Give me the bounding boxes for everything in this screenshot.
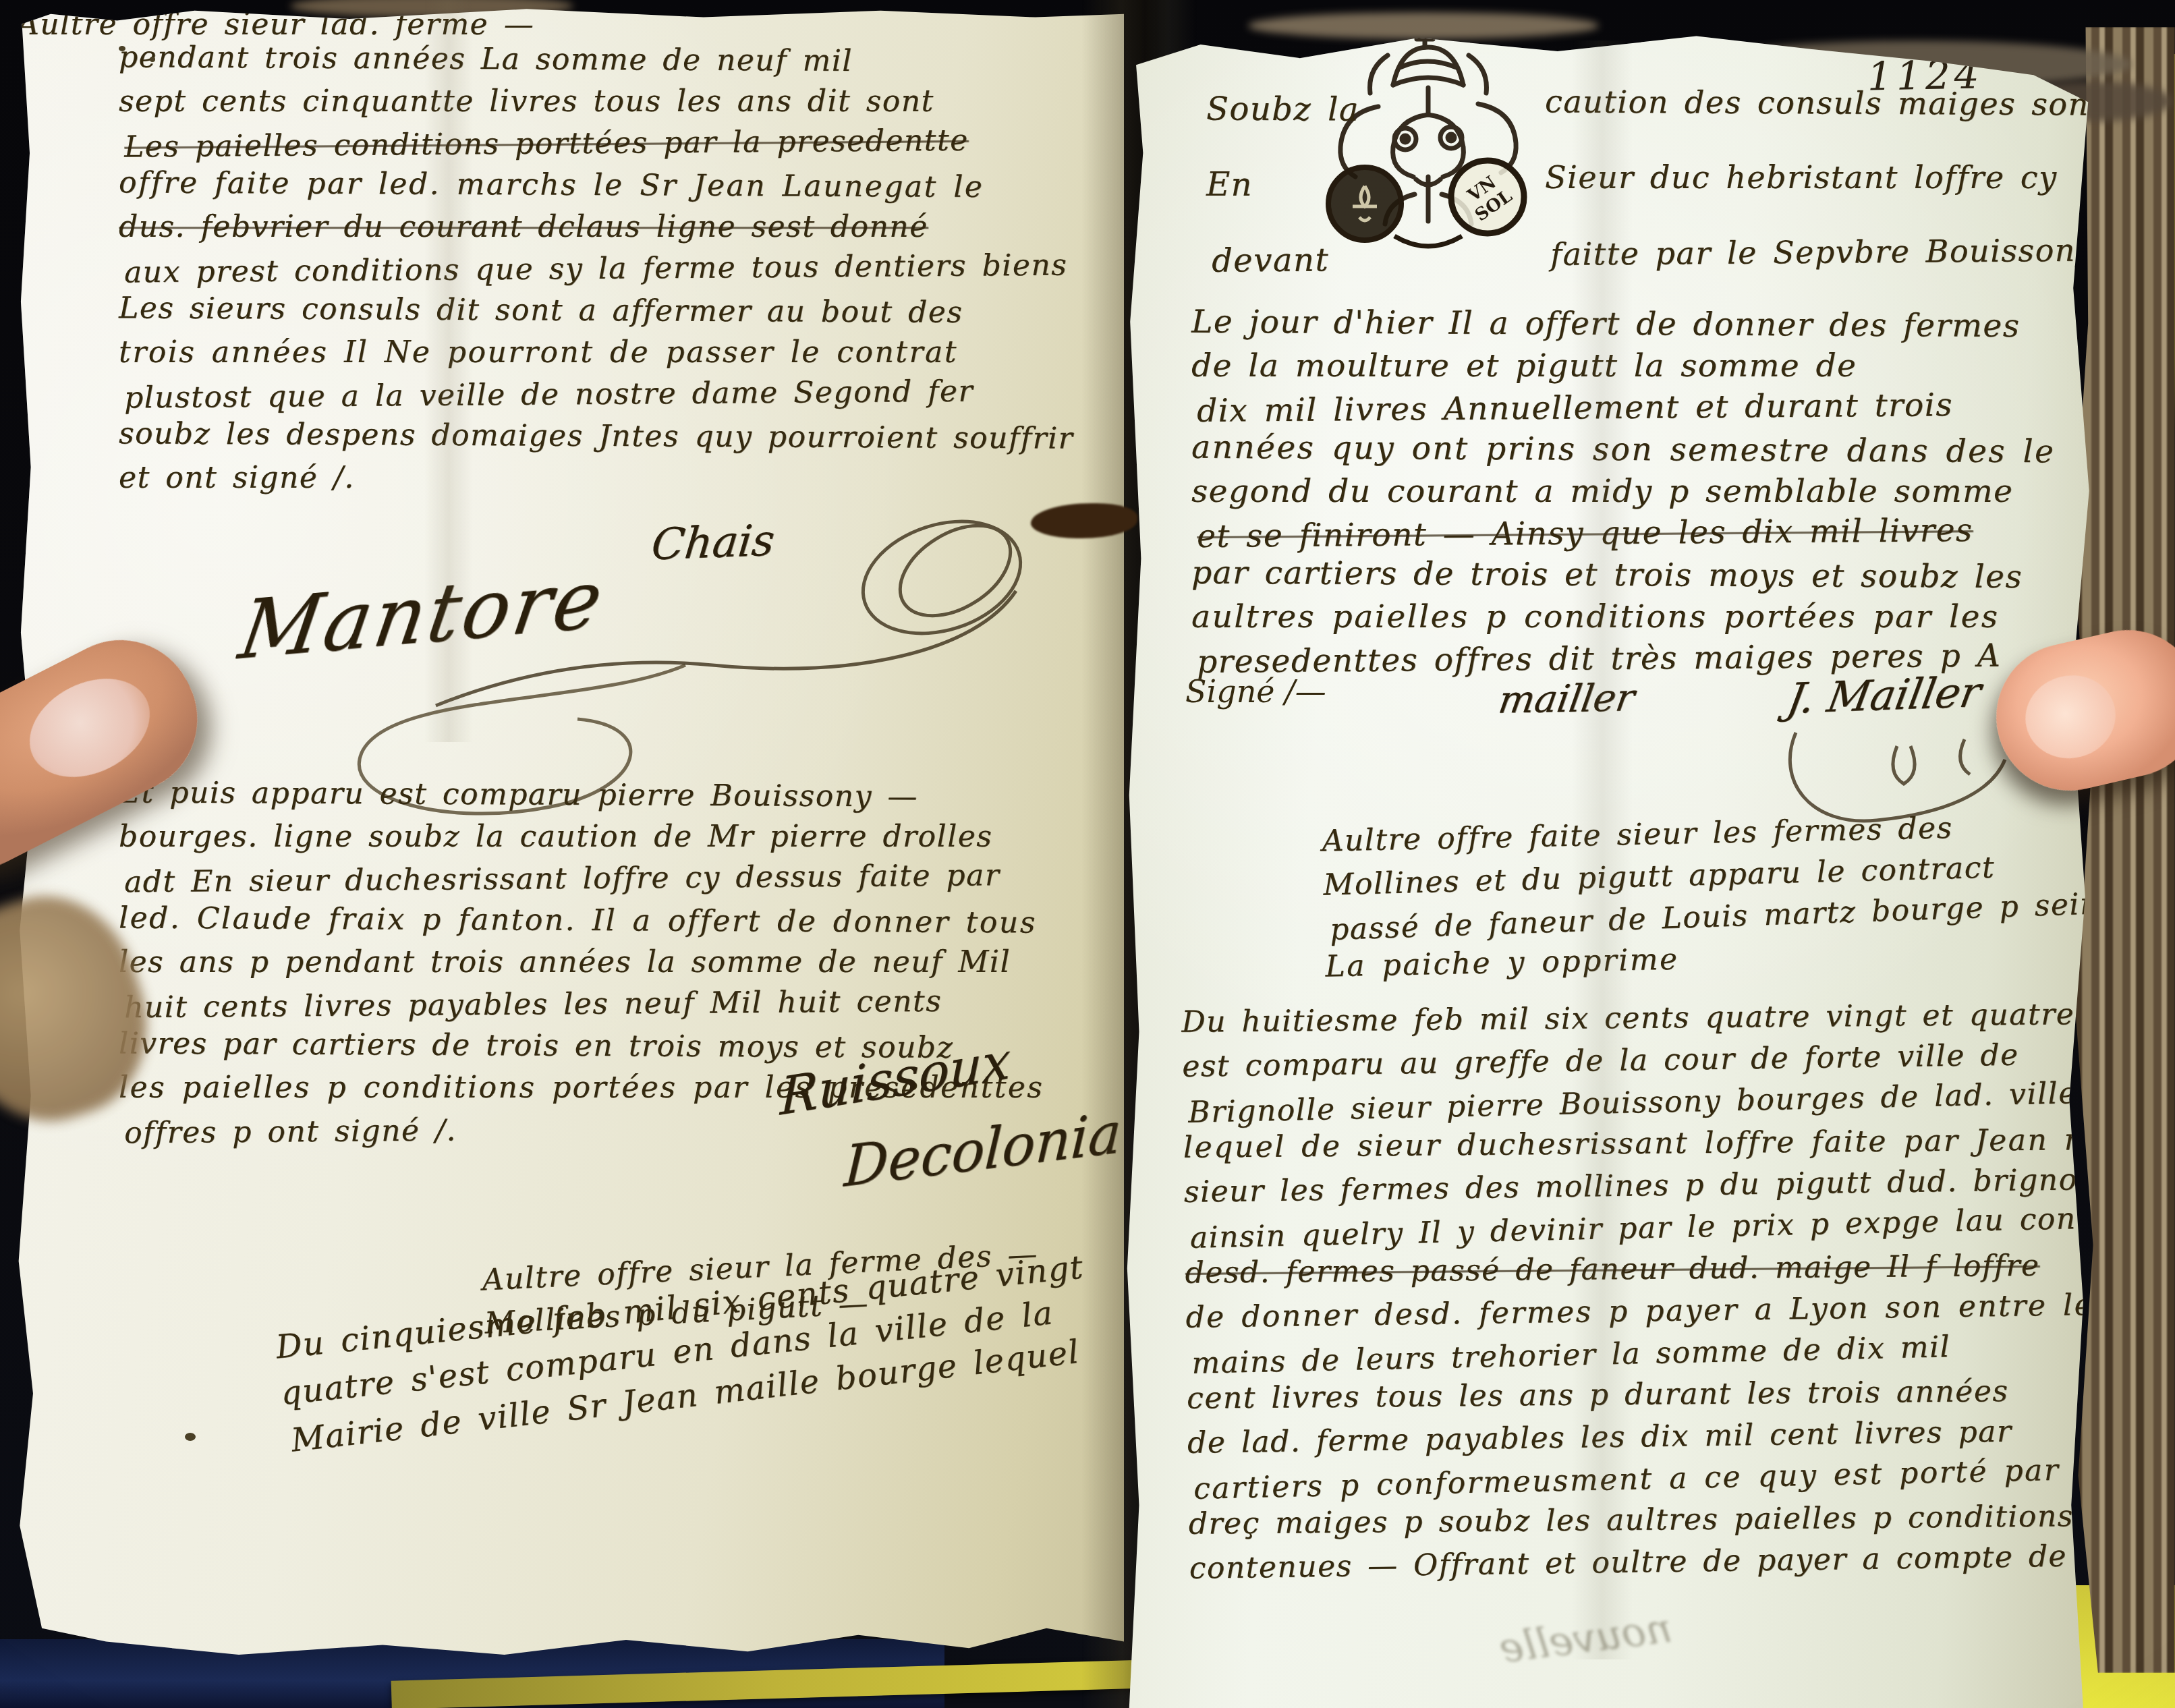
- manuscript-line: bourges. ligne soubz la caution de Mr pi…: [119, 816, 1044, 858]
- manuscript-line: années quy ont prins son semestre dans d…: [1191, 427, 2056, 474]
- signed-row: Signé /— mailler J. Mailler: [1121, 673, 2066, 754]
- bleed-through-ghost-text: nouvelle: [1497, 1605, 1674, 1673]
- right-opening-right-fragments: caution des consuls maiges son pere —Sie…: [1545, 66, 2175, 289]
- signature-j-mailler: J. Mailler: [1784, 667, 1985, 723]
- ink-speck: [185, 1433, 196, 1441]
- right-fingernail: [2017, 666, 2124, 767]
- manuscript-line: Du huitiesme feb mil six cents quatre vi…: [1181, 992, 2175, 1044]
- manuscript-line: et ont signé /.: [119, 457, 1073, 499]
- photo-of-open-register: pendant trois années La somme de neuf mi…: [0, 0, 2175, 1708]
- left-paragraph-1: pendant trois années La somme de neuf mi…: [119, 39, 1073, 499]
- right-opening-left-fragments: Soubz laEndevant: [1206, 72, 1359, 298]
- manuscript-line: segond du courant a midy p semblable som…: [1191, 471, 2055, 513]
- manuscript-line: dus. febvrier du courant dclaus ligne se…: [119, 206, 1073, 248]
- manuscript-line: de la moulture et pigutt la somme de: [1191, 345, 2055, 387]
- manuscript-line: les ans p pendant trois années la somme …: [119, 942, 1044, 984]
- signature-mantore: Mantore: [233, 551, 611, 678]
- manuscript-line: Les paielles conditions porttées par la …: [124, 119, 1079, 168]
- manuscript-line: Le jour d'hier Il a offert de donner des…: [1191, 302, 2056, 348]
- right-paragraph-2: Aultre offre faite sieur les fermes desM…: [1322, 801, 2135, 990]
- paper-debris: [1248, 12, 1599, 39]
- ink-speck: [119, 46, 125, 51]
- manuscript-line: offre faite par led. marchs le Sr Jean L…: [119, 162, 1073, 208]
- right-paragraph-1: Le jour d'hier Il a offert de donner des…: [1191, 304, 2055, 680]
- manuscript-line: Sieur duc hebristant loffre cy: [1545, 140, 2175, 215]
- manuscript-line: soubz les despens domaiges Jntes quy pou…: [119, 413, 1073, 459]
- manuscript-line: led. Claude fraix p fanton. Il a offert …: [119, 897, 1044, 944]
- manuscript-line: plustost que a la veille de nostre dame …: [124, 370, 1079, 419]
- manuscript-line: En: [1206, 147, 1359, 223]
- manuscript-line: pendant trois années La somme de neuf mi…: [119, 36, 1073, 83]
- left-thumbnail: [13, 659, 167, 796]
- manuscript-line: dreç maiges p soubz les aultres paielles…: [1189, 1494, 2175, 1545]
- left-page: pendant trois années La somme de neuf mi…: [18, 4, 1124, 1658]
- manuscript-line: par cartiers de trois et trois moys et s…: [1191, 552, 2056, 599]
- right-page: 1124: [1121, 18, 2113, 1708]
- manuscript-line: devant: [1212, 222, 1365, 299]
- manuscript-line: desd. fermes passé de faneur dud. maige …: [1185, 1243, 2175, 1294]
- manuscript-line: et se finiront — Ainsy que les dix mil l…: [1197, 509, 2061, 558]
- manuscript-line: Et puis apparu est comparu pierre Bouiss…: [119, 772, 1044, 818]
- manuscript-line: sept cents cinquantte livres tous les an…: [119, 81, 1073, 123]
- manuscript-line: Soubz la: [1206, 71, 1360, 147]
- manuscript-line: cent livres tous les ans p durant les tr…: [1187, 1369, 2175, 1420]
- signature-chais: Chais: [649, 516, 776, 571]
- manuscript-line: Les sieurs consuls dit sont a affermer a…: [119, 287, 1073, 334]
- signature-mailler: mailler: [1496, 676, 1637, 722]
- manuscript-line: dix mil livres Annuellement et durant tr…: [1197, 384, 2061, 432]
- manuscript-line: aultres paielles p conditions portées pa…: [1191, 596, 2055, 638]
- manuscript-line: adt En sieur duchesrissant loffre cy des…: [124, 855, 1050, 904]
- signed-label: Signé /—: [1185, 673, 1326, 710]
- right-paragraph-3: Du huitiesme feb mil six cents quatre vi…: [1181, 990, 2175, 1590]
- manuscript-line: trois années Il Ne pourront de passer le…: [119, 332, 1073, 374]
- manuscript-line: huit cents livres payables les neuf Mil …: [124, 980, 1050, 1029]
- ink-speck: [150, 57, 155, 62]
- manuscript-line: faitte par le Sepvbre Bouissony: [1550, 212, 2175, 291]
- manuscript-line: lequel de sieur duchesrissant loffre fai…: [1183, 1118, 2175, 1169]
- manuscript-line: aux prest conditions que sy la ferme tou…: [124, 244, 1079, 293]
